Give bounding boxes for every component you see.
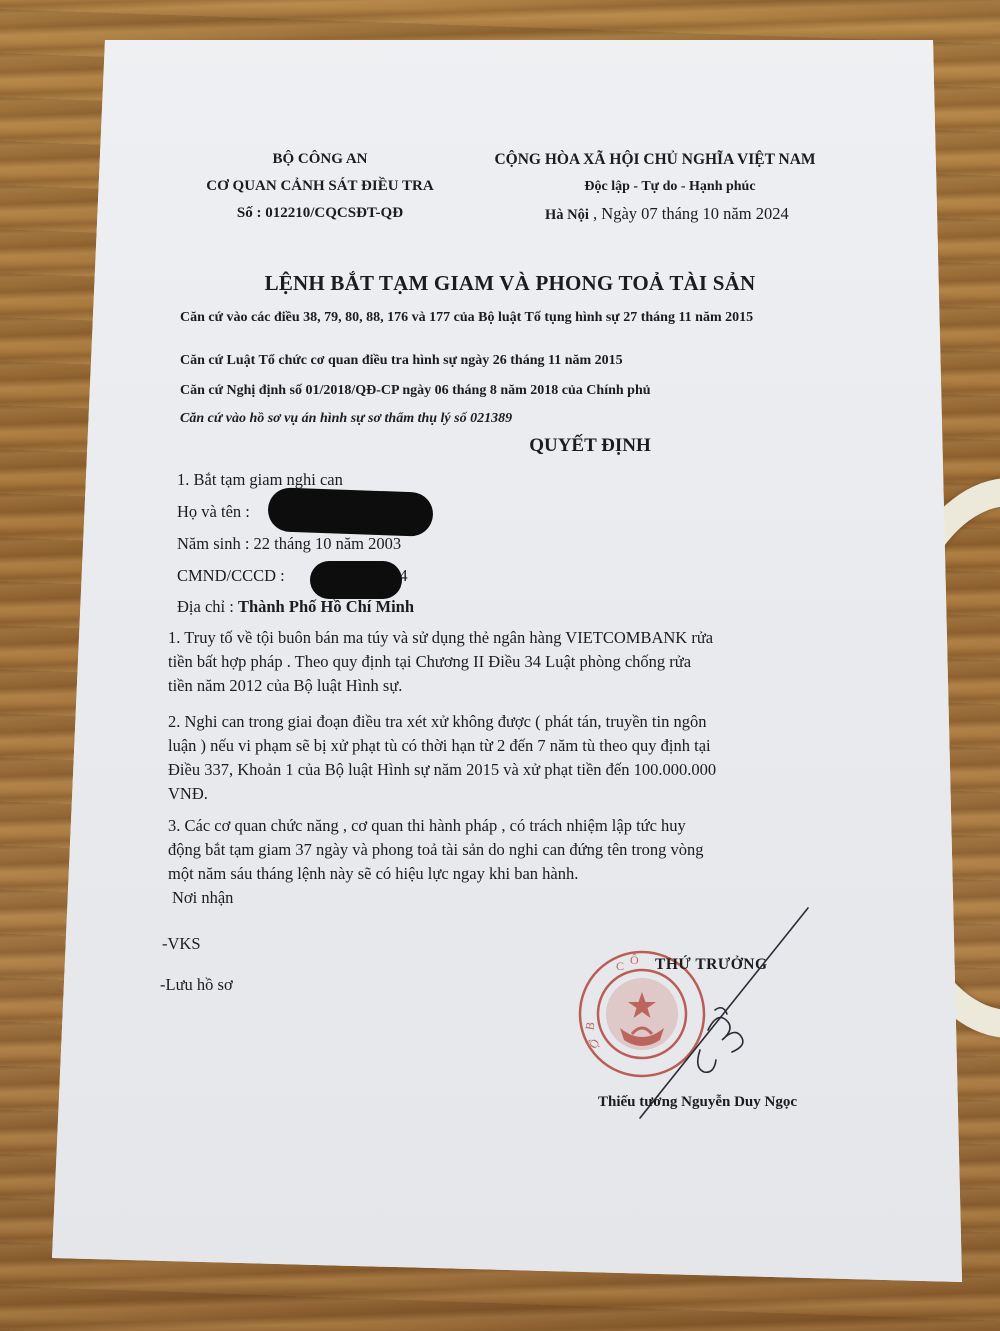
header-right: CỘNG HÒA XÃ HỘI CHỦ NGHĨA VIỆT NAM Độc l… [455,146,855,229]
clause-2-line: VNĐ. [168,782,858,806]
suspect-name-row: Họ và tên : [177,502,250,522]
document: BỘ CÔNG AN CƠ QUAN CẢNH SÁT ĐIỀU TRA Số … [0,0,1000,1331]
clause-1-line: 1. Truy tố về tội buôn bán ma túy và sử … [168,626,858,650]
clause-1-line: tiền năm 2012 của Bộ luật Hình sự. [168,674,858,698]
legal-basis-3: Căn cứ Nghị định số 01/2018/QĐ-CP ngày 0… [180,382,845,399]
suspect-birth-row: Năm sinh : 22 tháng 10 năm 2003 [177,534,401,554]
nation-name: CỘNG HÒA XÃ HỘI CHỦ NGHĨA VIỆT NAM [455,146,855,173]
clause-3-line: động bắt tạm giam 37 ngày và phong toả t… [168,838,858,862]
clause-3-line: một năm sáu tháng lệnh này sẽ có hiệu lự… [168,862,858,886]
issue-date: , Ngày 07 tháng 10 năm 2024 [593,204,789,223]
birth-value: 22 tháng 10 năm 2003 [254,534,402,553]
birth-label: Năm sinh : [177,534,249,553]
name-label: Họ và tên : [177,502,250,521]
document-number: Số : 012210/CQCSĐT-QĐ [170,200,470,227]
legal-basis-1: Căn cứ vào các điều 38, 79, 80, 88, 176 … [180,309,845,326]
recipients-label: Nơi nhận [172,888,233,908]
clause-2-line: 2. Nghi can trong giai đoạn điều tra xét… [168,710,858,734]
decision-title: QUYẾT ĐỊNH [170,435,850,457]
location: Hà Nội [545,207,589,223]
recipient-item: -VKS [162,934,201,954]
id-label: CMND/CCCD : [177,566,285,585]
legal-basis-4: Căn cứ vào hồ sơ vụ án hình sự sơ thẩm t… [180,410,845,427]
clause-2-line: Điều 337, Khoản 1 của Bộ luật Hình sự nă… [168,758,858,782]
suspect-address-row: Địa chỉ : Thành Phố Hồ Chí Minh [177,597,414,617]
address-label: Địa chỉ : [177,597,234,616]
agency-name: CƠ QUAN CẢNH SÁT ĐIỀU TRA [170,173,470,200]
place-date: Hà Nội , Ngày 07 tháng 10 năm 2024 [455,200,855,229]
header-left: BỘ CÔNG AN CƠ QUAN CẢNH SÁT ĐIỀU TRA Số … [170,146,470,227]
detain-heading: 1. Bắt tạm giam nghi can [177,470,343,490]
clause-1-line: tiền bất hợp pháp . Theo quy định tại Ch… [168,650,858,674]
redaction-id [310,561,402,599]
clause-1: 1. Truy tố về tội buôn bán ma túy và sử … [168,626,858,698]
redaction-name [267,487,433,537]
clause-3: 3. Các cơ quan chức năng , cơ quan thi h… [168,814,858,886]
national-motto: Độc lập - Tự do - Hạnh phúc [455,173,855,200]
ministry-name: BỘ CÔNG AN [170,146,470,173]
clause-2: 2. Nghi can trong giai đoạn điều tra xét… [168,710,858,806]
document-title: LỆNH BẮT TẠM GIAM VÀ PHONG TOẢ TÀI SẢN [170,271,850,296]
clause-2-line: luận ) nếu vi phạm sẽ bị xử phạt tù có t… [168,734,858,758]
clause-3-line: 3. Các cơ quan chức năng , cơ quan thi h… [168,814,858,838]
signer-name: Thiếu tướng Nguyễn Duy Ngọc [598,1094,797,1111]
address-value: Thành Phố Hồ Chí Minh [238,597,414,616]
legal-basis-2: Căn cứ Luật Tổ chức cơ quan điều tra hìn… [180,352,845,369]
recipient-item: -Lưu hồ sơ [160,975,233,995]
